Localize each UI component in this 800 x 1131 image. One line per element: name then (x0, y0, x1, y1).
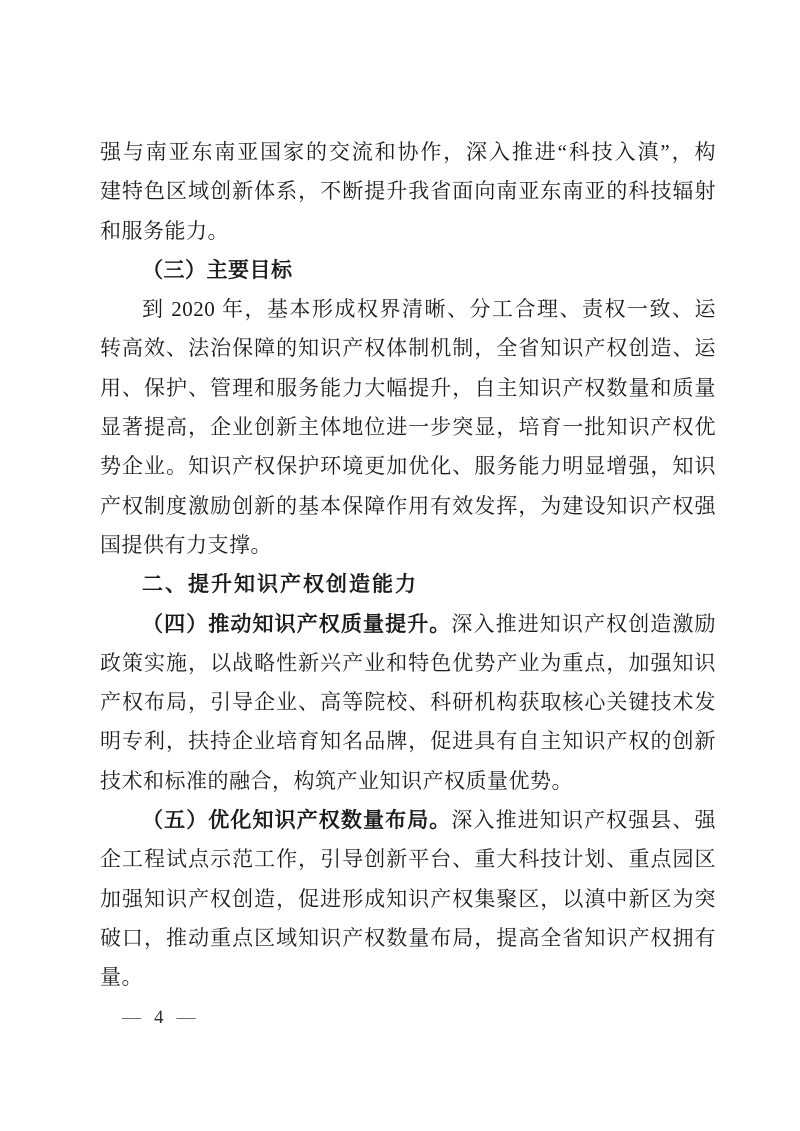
text-line: 和服务能力。 (100, 212, 716, 251)
text-run: 深入推进知识产权强县、强 (451, 808, 716, 832)
text-line: 到 2020 年，基本形成权界清晰、分工合理、责权一致、运 (100, 290, 716, 329)
text-line: 明专利，扶持企业培育知名品牌，促进具有自主知识产权的创新 (100, 722, 716, 761)
text-line: （四）推动知识产权质量提升。深入推进知识产权创造激励 (100, 605, 716, 644)
text-line: 加强知识产权创造，促进形成知识产权集聚区，以滇中新区为突 (100, 880, 716, 919)
text-line: 强与南亚东南亚国家的交流和协作，深入推进“科技入滇”，构 (100, 133, 716, 172)
text-line: 企工程试点示范工作，引导创新平台、重大科技计划、重点园区 (100, 840, 716, 879)
text-line: 破口，推动重点区域知识产权数量布局，提高全省知识产权拥有 (100, 919, 716, 958)
paragraph-heading-5: （五）优化知识产权数量布局。 (142, 808, 451, 832)
page-footer: — 4 — (122, 1004, 196, 1032)
text-line: 势企业。知识产权保护环境更加优化、服务能力明显增强，知识 (100, 447, 716, 486)
footer-dash-left: — (122, 1007, 141, 1029)
text-line: 政策实施，以战略性新兴产业和特色优势产业为重点，加强知识 (100, 644, 716, 683)
paragraph-heading-4: （四）推动知识产权质量提升。 (142, 612, 451, 636)
text-line: （五）优化知识产权数量布局。深入推进知识产权强县、强 (100, 801, 716, 840)
text-line: 量。 (100, 958, 716, 997)
text-line: 产权制度激励创新的基本保障作用有效发挥，为建设知识产权强 (100, 487, 716, 526)
text-line: 转高效、法治保障的知识产权体制机制，全省知识产权创造、运 (100, 329, 716, 368)
text-line: 用、保护、管理和服务能力大幅提升，自主知识产权数量和质量 (100, 369, 716, 408)
page-number: 4 (154, 1007, 164, 1029)
text-line: 技术和标准的融合，构筑产业知识产权质量优势。 (100, 762, 716, 801)
text-line: 产权布局，引导企业、高等院校、科研机构获取核心关键技术发 (100, 683, 716, 722)
text-line: 国提供有力支撑。 (100, 526, 716, 565)
section-heading-3: （三）主要目标 (100, 251, 716, 290)
document-page: 强与南亚东南亚国家的交流和协作，深入推进“科技入滇”，构 建特色区域创新体系，不… (0, 0, 800, 1131)
footer-dash-right: — (177, 1007, 196, 1029)
document-body: 强与南亚东南亚国家的交流和协作，深入推进“科技入滇”，构 建特色区域创新体系，不… (100, 133, 716, 998)
text-run: 深入推进知识产权创造激励 (451, 612, 716, 636)
text-line: 显著提高，企业创新主体地位进一步突显，培育一批知识产权优 (100, 408, 716, 447)
text-line: 建特色区域创新体系，不断提升我省面向南亚东南亚的科技辐射 (100, 172, 716, 211)
chapter-heading-2: 二、提升知识产权创造能力 (100, 565, 716, 604)
